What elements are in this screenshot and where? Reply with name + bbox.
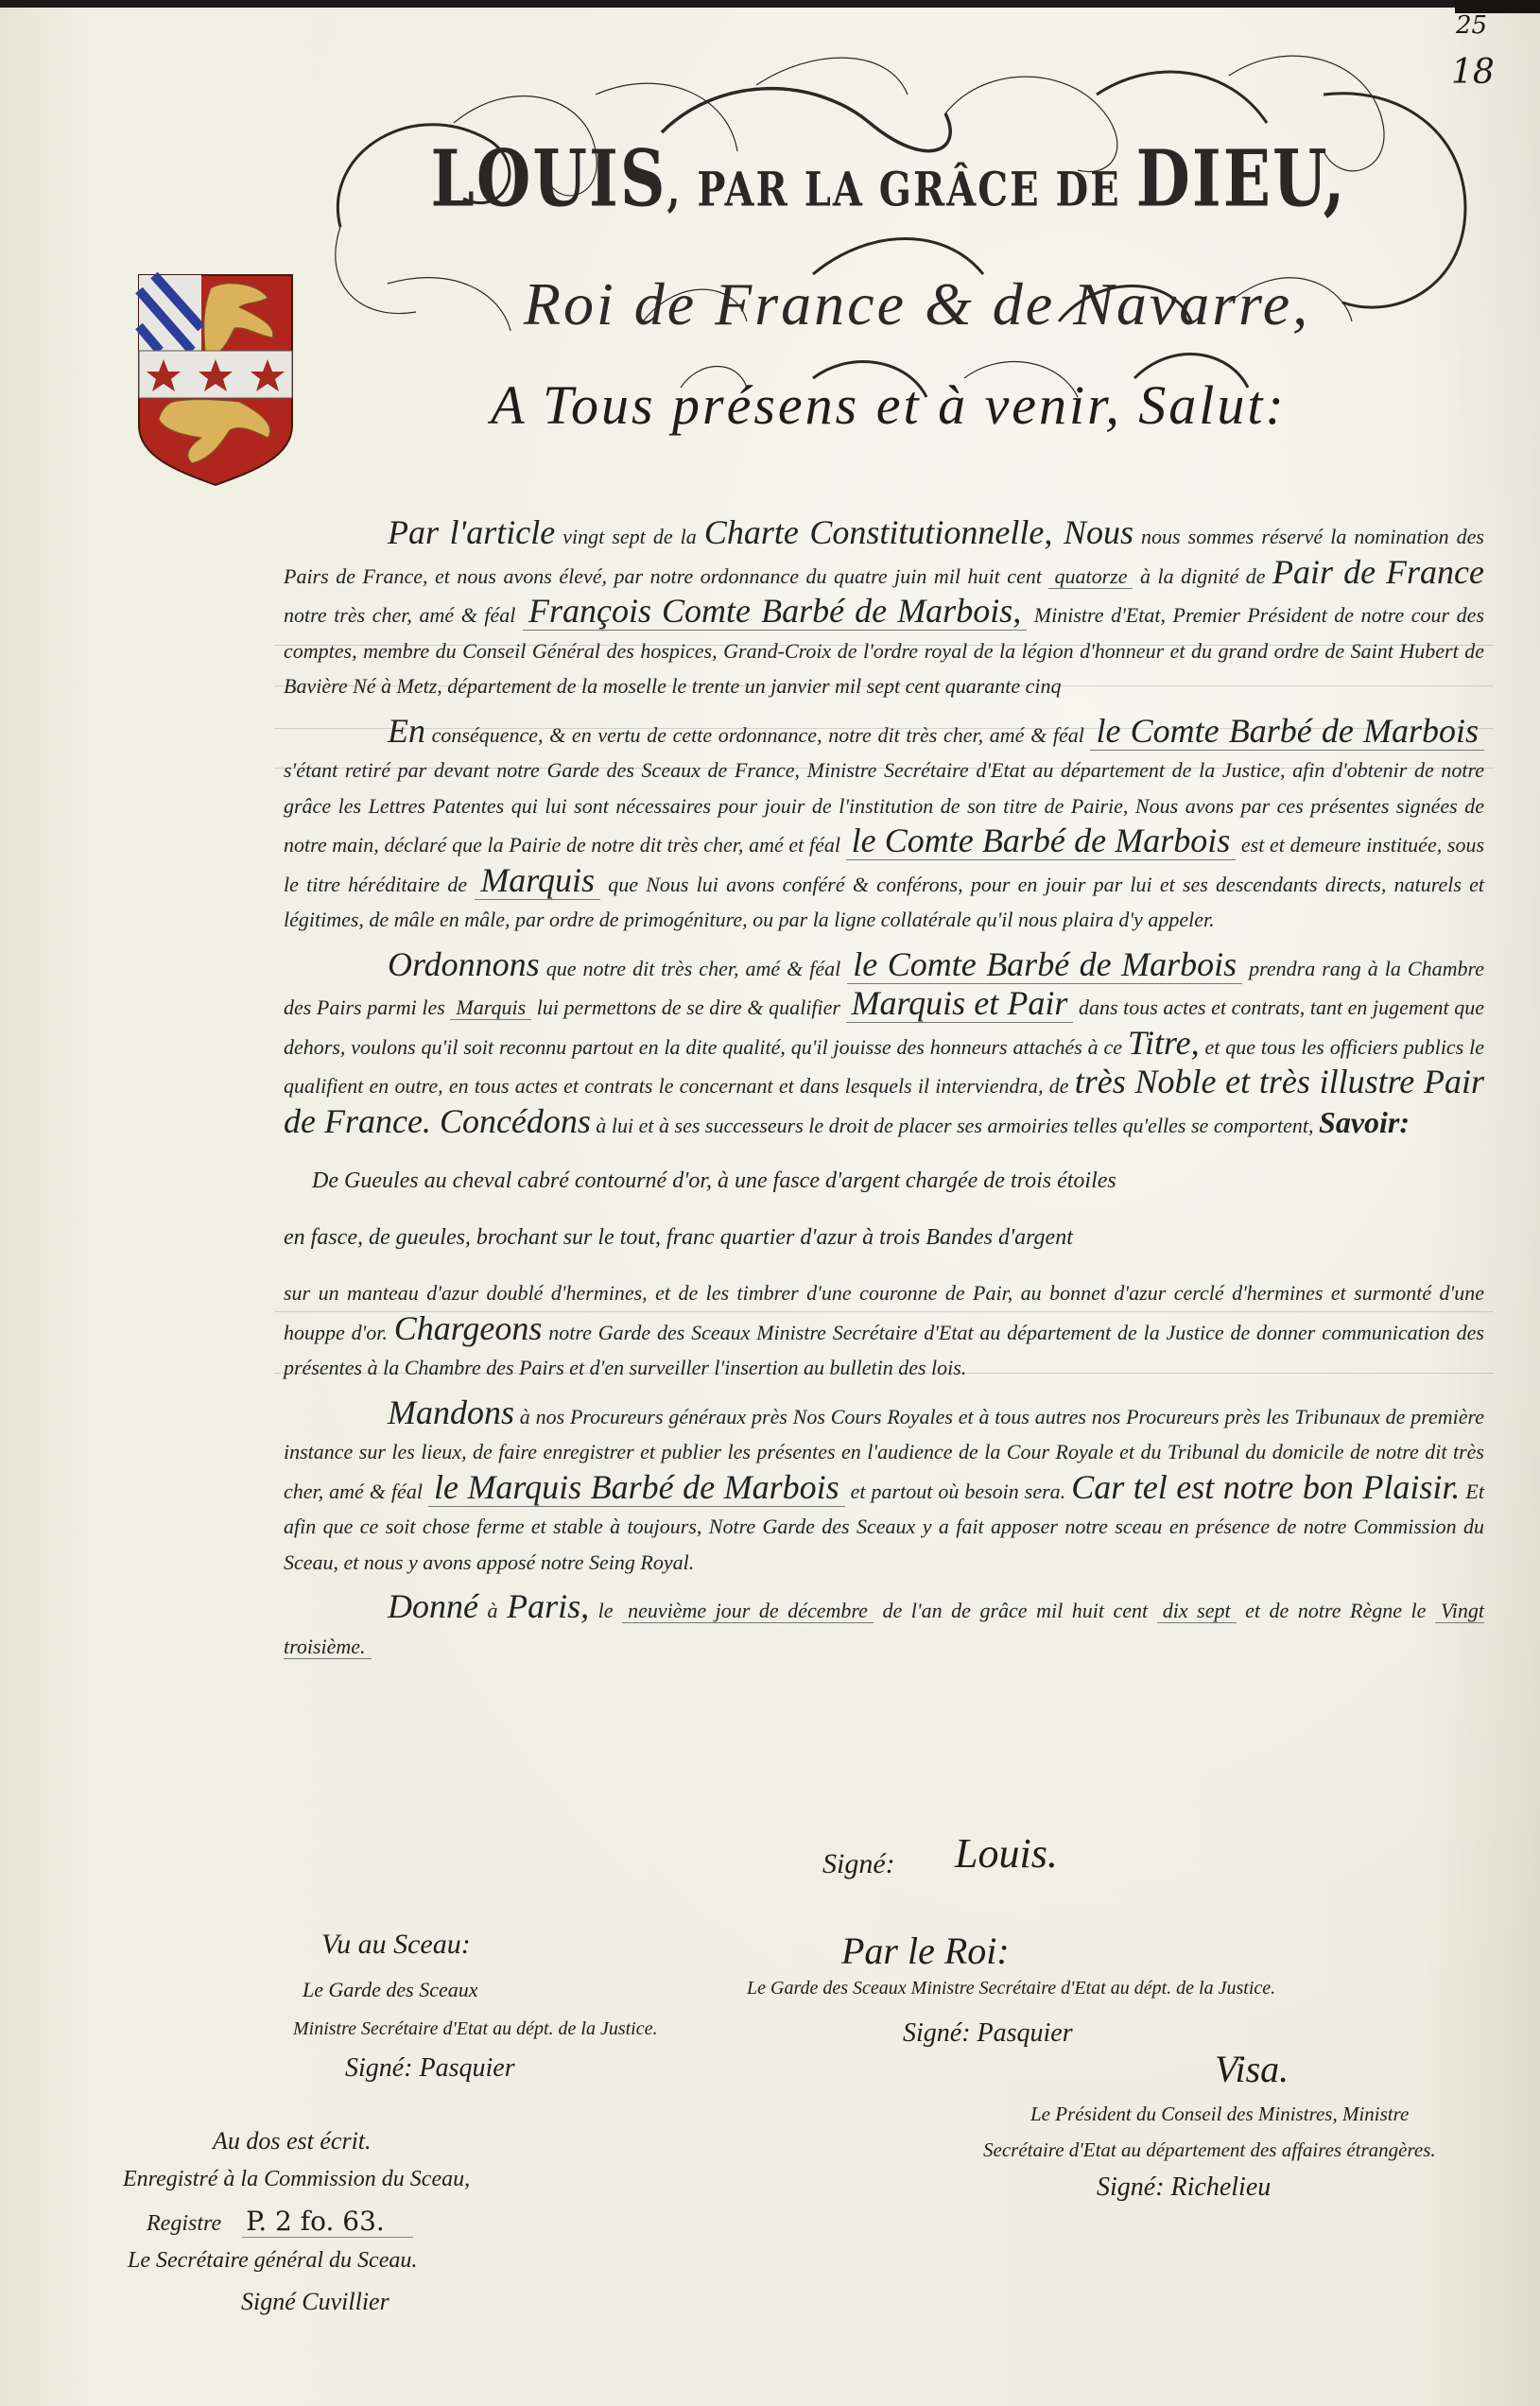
vu-au-sceau-line-2: Ministre Secrétaire d'Etat au dépt. de l… xyxy=(293,2018,657,2040)
endorsement-line-2: Enregistré à la Commission du Sceau, xyxy=(123,2167,470,2192)
paragraph-en-consequence: En conséquence, & en vertu de cette ordo… xyxy=(284,714,1484,938)
text-run: que notre dit très cher, amé & féal xyxy=(540,957,848,980)
par-le-roi-line-1: Le Garde des Sceaux Ministre Secrétaire … xyxy=(747,1978,1275,1999)
king-signature: Louis. xyxy=(955,1829,1058,1878)
patent-body-text: Par l'article vingt sept de la Charte Co… xyxy=(284,515,1484,1673)
par-le-roi-title: Par le Roi: xyxy=(841,1929,1010,1973)
emphasis-chargeons: Chargeons xyxy=(394,1309,543,1347)
filled-name: le Comte Barbé de Marbois xyxy=(847,945,1242,984)
emphasis-titre: Titre, xyxy=(1128,1024,1200,1062)
visa-title: Visa. xyxy=(1215,2047,1289,2091)
visa-line-2: Secrétaire d'Etat au département des aff… xyxy=(983,2138,1436,2162)
vu-au-sceau-signature: Signé: Pasquier xyxy=(345,2053,515,2084)
paragraph-chargeons: sur un manteau d'azur doublé d'hermines,… xyxy=(284,1275,1484,1386)
text-run: à la dignité de xyxy=(1133,564,1272,588)
coat-of-arms-icon xyxy=(135,269,296,487)
emphasis-bon-plaisir: Car tel est notre bon Plaisir. xyxy=(1071,1468,1460,1506)
lead-word: Ordonnons xyxy=(388,945,540,983)
scan-edge xyxy=(0,0,1540,8)
filled-name: le Comte Barbé de Marbois xyxy=(846,822,1237,860)
registre-label: Registre xyxy=(147,2211,221,2236)
filled-title: Marquis xyxy=(475,861,600,900)
text-run: à lui et à ses successeurs le droit de p… xyxy=(591,1114,1319,1137)
emphasis-charte: Charte Constitutionnelle, xyxy=(704,513,1053,551)
filled-name: le Comte Barbé de Marbois xyxy=(1090,712,1484,751)
heading-king-title: LOUIS, PAR LA GRÂCE DE DIEU, xyxy=(378,132,1399,225)
heading-dieu: DIEU xyxy=(1136,132,1324,225)
endorsement-line-1: Au dos est écrit. xyxy=(213,2127,372,2155)
text-run: conséquence, & en vertu de cette ordonna… xyxy=(425,723,1090,747)
endorsement-line-4: Le Secrétaire général du Sceau. xyxy=(128,2248,417,2274)
heading-par-la-grace: , PAR LA GRÂCE DE xyxy=(666,162,1135,217)
par-le-roi-signature: Signé: Pasquier xyxy=(903,2018,1073,2049)
registre-reference: P. 2 fo. 63. xyxy=(242,2206,413,2238)
blazon-line-1: De Gueules au cheval cabré contourné d'o… xyxy=(312,1168,1116,1193)
emphasis-savoir: Savoir: xyxy=(1319,1105,1410,1139)
lead-word: Donné xyxy=(388,1587,478,1625)
heading-comma: , xyxy=(1324,132,1347,225)
emphasis-concedons: Concédons xyxy=(431,1102,591,1140)
heading-roi-de-france: Roi de France & de Navarre, xyxy=(407,269,1428,339)
text-run: notre très cher, amé & féal xyxy=(284,603,523,627)
vu-au-sceau-line-1: Le Garde des Sceaux xyxy=(303,1978,478,2002)
king-signed-label: Signé: xyxy=(822,1848,895,1880)
filled-name: François Comte Barbé de Marbois, xyxy=(523,592,1027,631)
blazon-line-2: en fasce, de gueules, brochant sur le to… xyxy=(284,1225,1073,1250)
text-run: à xyxy=(478,1599,507,1622)
paragraph-donne: Donné à Paris, le neuvième jour de décem… xyxy=(284,1589,1484,1664)
endorsement-line-3: RegistreP. 2 fo. 63. xyxy=(147,2206,413,2237)
text-run: le xyxy=(589,1599,622,1622)
filled-year: quatorze xyxy=(1048,564,1133,589)
blazon-text: De Gueules au cheval cabré contourné d'o… xyxy=(284,1152,1484,1266)
endorsement-signature: Signé Cuvillier xyxy=(241,2288,389,2316)
visa-line-1: Le Président du Conseil des Ministres, M… xyxy=(1030,2103,1409,2126)
filled-title: Marquis et Pair xyxy=(846,984,1074,1023)
lead-word: Par l'article xyxy=(388,513,555,551)
heading-louis: LOUIS xyxy=(430,132,666,225)
paragraph-ordonnons: Ordonnons que notre dit très cher, amé &… xyxy=(284,947,1484,1144)
filled-name: le Marquis Barbé de Marbois xyxy=(428,1468,845,1507)
emphasis-pair-de-france: Pair de France xyxy=(1272,553,1484,591)
lead-word: En xyxy=(388,712,425,750)
filled-year: dix sept xyxy=(1157,1599,1237,1623)
text-run: lui permettons de se dire & qualifier xyxy=(531,995,845,1019)
filled-date: neuvième jour de décembre xyxy=(622,1599,874,1623)
text-run: de l'an de grâce mil huit cent xyxy=(874,1599,1157,1622)
emphasis-nous: Nous xyxy=(1052,513,1133,551)
place-paris: Paris, xyxy=(507,1587,589,1625)
text-run: vingt sept de la xyxy=(555,525,704,548)
folio-number: 25 xyxy=(1456,11,1487,40)
lead-word: Mandons xyxy=(388,1393,514,1431)
vu-au-sceau-title: Vu au Sceau: xyxy=(321,1929,471,1961)
paragraph-mandons: Mandons à nos Procureurs généraux près N… xyxy=(284,1395,1484,1581)
text-run: et de notre Règne le xyxy=(1237,1599,1435,1622)
paragraph-preamble: Par l'article vingt sept de la Charte Co… xyxy=(284,515,1484,704)
filled-title: Marquis xyxy=(450,995,531,1020)
text-run: et partout où besoin sera. xyxy=(845,1480,1072,1503)
document-page: 25 18 LOUIS, PAR LA GRÂCE DE DIEU, Roi d… xyxy=(0,0,1540,2406)
heading-salutation: A Tous présens et à venir, Salut: xyxy=(378,373,1399,437)
visa-signature: Signé: Richelieu xyxy=(1097,2172,1271,2203)
